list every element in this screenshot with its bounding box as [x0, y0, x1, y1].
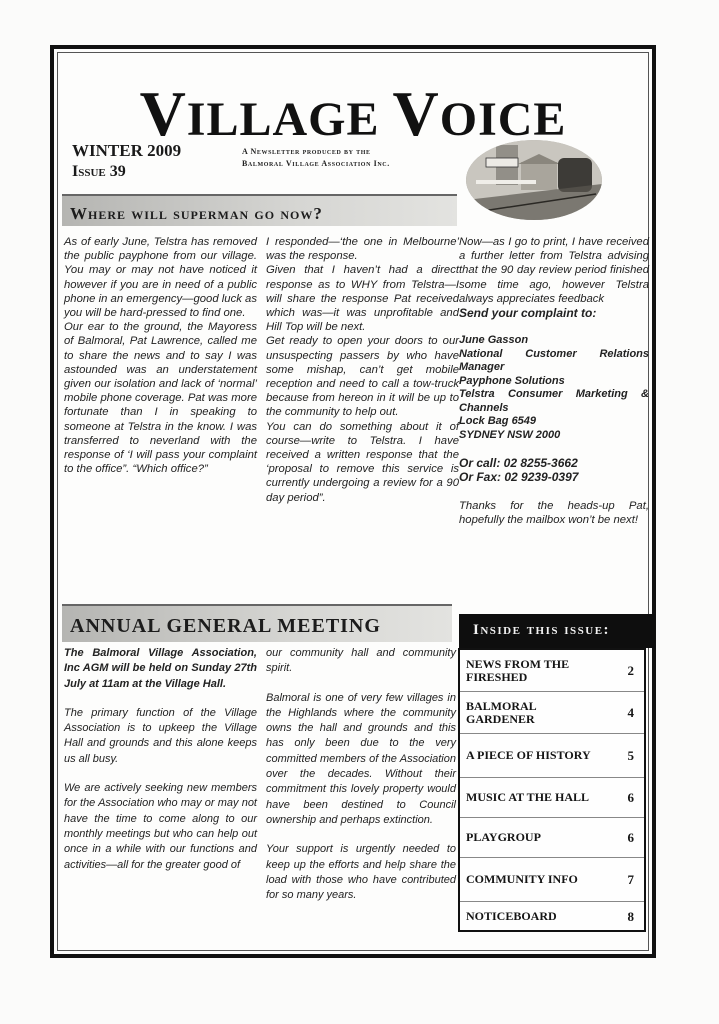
title-oice: OICE	[440, 93, 567, 146]
paragraph: I responded—‘the one in Melbourne’ was t…	[266, 235, 459, 263]
paragraph: Given that I haven’t had a direct respon…	[266, 263, 459, 334]
title-initial-v: V	[140, 78, 187, 149]
fax-number: Or Fax: 02 9239-0397	[459, 470, 649, 484]
tagline-line-1: A Newsletter produced by the	[242, 146, 390, 158]
paragraph: Balmoral is one of very few villages in …	[266, 691, 456, 829]
toc-item-label: BALMORAL GARDENER	[466, 700, 576, 726]
toc-item[interactable]: NEWS FROM THE FIRESHED 2	[460, 650, 644, 692]
phone-number: Or call: 02 8255-3662	[459, 456, 649, 470]
mailing-address: June Gasson National Customer Relations …	[459, 334, 649, 442]
toc-item-page: 6	[628, 831, 635, 844]
article2-title: ANNUAL GENERAL MEETING	[62, 606, 452, 638]
toc-item-label: PLAYGROUP	[466, 831, 541, 844]
send-complaint-heading: Send your complaint to:	[459, 306, 649, 320]
toc-item-label: NEWS FROM THE FIRESHED	[466, 658, 586, 684]
title-illage: ILLAGE	[187, 93, 393, 146]
issue-label: Issue 39	[72, 163, 181, 181]
toc-item[interactable]: COMMUNITY INFO 7	[460, 858, 644, 902]
masthead-title: VILLAGE VOICE	[54, 77, 652, 151]
toc-item-page: 6	[628, 791, 635, 804]
paragraph: We are actively seeking new members for …	[64, 781, 257, 873]
address-line: National Customer Relations Manager	[459, 348, 649, 375]
address-line: June Gasson	[459, 334, 649, 348]
toc-item[interactable]: A PIECE OF HISTORY 5	[460, 734, 644, 778]
address-line: Telstra Consumer Marketing & Channels	[459, 388, 649, 415]
closing-paragraph: Thanks for the heads-up Pat, hopefully t…	[459, 499, 649, 527]
toc-item[interactable]: BALMORAL GARDENER 4	[460, 692, 644, 734]
paragraph: Now—as I go to print, I have received a …	[459, 235, 649, 306]
paragraph: The primary function of the Village Asso…	[64, 706, 257, 767]
train-station-image-icon	[466, 140, 602, 220]
toc-item-page: 8	[628, 910, 635, 923]
article1-title: Where will superman go now?	[62, 196, 457, 224]
paragraph: As of early June, Telstra has removed th…	[64, 235, 257, 320]
toc-item-label: COMMUNITY INFO	[466, 873, 578, 886]
address-line: Lock Bag 6549	[459, 415, 649, 429]
article1-column-3: Now—as I go to print, I have received a …	[459, 235, 649, 527]
season-label: WINTER 2009	[72, 141, 181, 161]
address-line: Payphone Solutions	[459, 375, 649, 389]
article1-column-1: As of early June, Telstra has removed th…	[64, 235, 257, 476]
toc-item[interactable]: MUSIC AT THE HALL 6	[460, 778, 644, 818]
tagline: A Newsletter produced by the Balmoral Vi…	[242, 146, 390, 170]
address-line: SYDNEY NSW 2000	[459, 429, 649, 443]
tagline-line-2: Balmoral Village Association Inc.	[242, 158, 390, 170]
toc-item-page: 2	[628, 664, 635, 677]
article2-heading-bar: ANNUAL GENERAL MEETING	[62, 604, 452, 642]
toc-item-label: NOTICEBOARD	[466, 910, 557, 923]
toc-item-label: MUSIC AT THE HALL	[466, 791, 589, 804]
paragraph: our community hall and community spirit.	[266, 646, 456, 677]
article1-heading-bar: Where will superman go now?	[62, 194, 457, 226]
toc-heading: Inside this issue:	[459, 614, 655, 648]
toc-item[interactable]: NOTICEBOARD 8	[460, 902, 644, 930]
toc-item[interactable]: PLAYGROUP 6	[460, 818, 644, 858]
paragraph: Get ready to open your doors to our unsu…	[266, 334, 459, 419]
title-initial-v2: V	[393, 78, 440, 149]
agm-announcement: The Balmoral Village Association, Inc AG…	[64, 646, 257, 692]
toc-item-page: 7	[628, 873, 635, 886]
article1-column-2: I responded—‘the one in Melbourne’ was t…	[266, 235, 459, 505]
toc-item-page: 5	[628, 749, 635, 762]
paragraph: Your support is urgently needed to keep …	[266, 842, 456, 903]
newsletter-frame: VILLAGE VOICE WINTER 2009 Issue 39 A New…	[50, 45, 656, 958]
paragraph: Our ear to the ground, the Mayoress of B…	[64, 320, 257, 476]
toc-item-page: 4	[628, 706, 635, 719]
article2-column-2: our community hall and community spirit.…	[266, 646, 456, 903]
paragraph: You can do something about it of course—…	[266, 420, 459, 505]
edition-info: WINTER 2009 Issue 39	[72, 141, 181, 181]
article2-column-1: The Balmoral Village Association, Inc AG…	[64, 646, 257, 873]
table-of-contents: NEWS FROM THE FIRESHED 2 BALMORAL GARDEN…	[458, 648, 646, 932]
railway-station-photo	[466, 140, 602, 220]
toc-item-label: A PIECE OF HISTORY	[466, 749, 591, 762]
